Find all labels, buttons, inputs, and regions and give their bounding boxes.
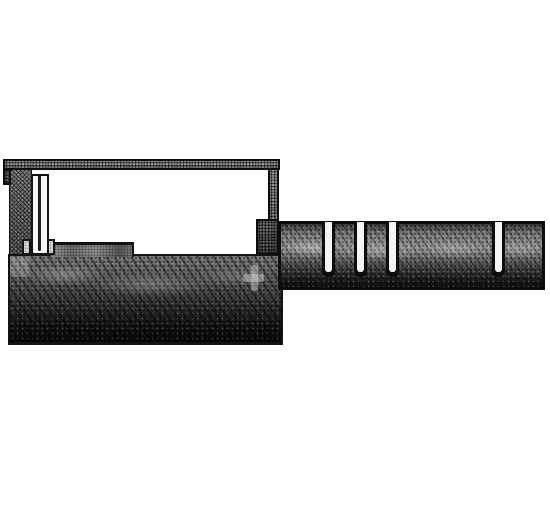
interior-platform-step	[50, 242, 134, 257]
base-light-patch	[10, 257, 29, 277]
slotted-arm	[278, 221, 545, 290]
arm-junction-block	[256, 219, 279, 255]
pin-center-bore	[38, 176, 41, 251]
pin-base-collar-left	[22, 239, 31, 255]
housing-base-mass	[8, 254, 283, 345]
housing-left-lip	[3, 169, 11, 185]
figure-canvas	[0, 0, 550, 509]
arm-slot-opening	[325, 222, 332, 272]
arm-slot-opening	[389, 222, 396, 272]
housing-right-wall	[268, 165, 279, 222]
arm-slot-opening	[495, 222, 502, 272]
arm-slot-opening	[357, 222, 364, 272]
housing-lid	[3, 159, 280, 170]
cross-mark-vertical	[251, 265, 258, 291]
